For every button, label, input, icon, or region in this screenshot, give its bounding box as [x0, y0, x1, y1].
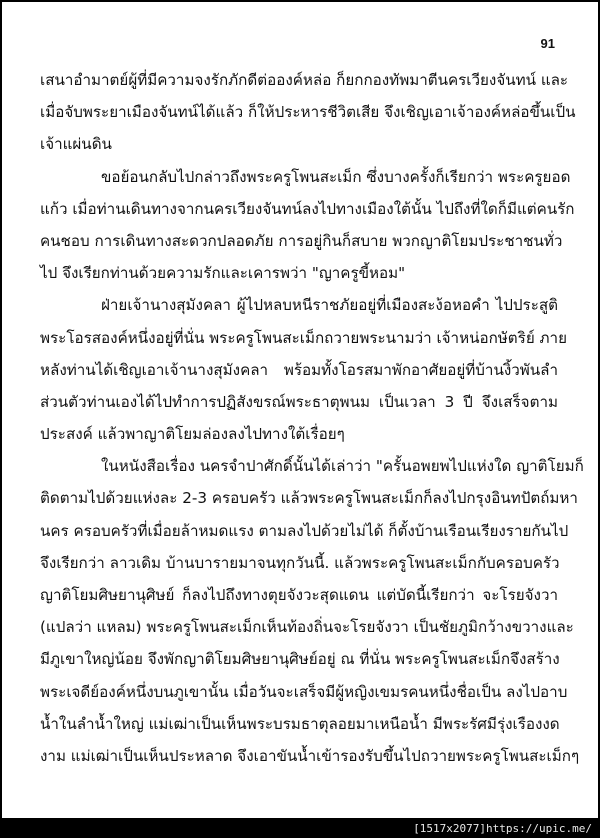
- text-line: คนชอบ การเดินทางสะดวกปลอดภัย การอยู่กินก…: [40, 225, 558, 257]
- text-line: ติดตามไปด้วยแห่งละ 2-3 ครอบครัว แล้วพระค…: [40, 482, 558, 514]
- page-number: 91: [541, 36, 555, 51]
- image-watermark: [1517x2077]https://upic.me/: [413, 822, 592, 835]
- text-line: มีภูเขาใหญ่น้อย จึงพักญาติโยมศิษยานุศิษย…: [40, 643, 558, 675]
- text-line: พระเจดีย์องค์หนึ่งบนภูเขานั้น เมื่อวันจะ…: [40, 676, 558, 708]
- text-line: (แปลว่า แหลม) พระครูโพนสะเม็กเห็นท้องถิ่…: [40, 611, 558, 643]
- text-line: ญาติโยมศิษยานุศิษย์ ก็ลงไปถึงทางตุยจังวะ…: [40, 579, 558, 611]
- text-line: ในหนังสือเรื่อง นครจำปาศักดิ์นั้นได้เล่า…: [40, 450, 558, 482]
- text-line: เมื่อจับพระยาเมืองจันทน์ได้แล้ว ก็ให้ประ…: [40, 96, 558, 128]
- text-line: พระโอรสองค์หนึ่งอยู่ที่นั่น พระครูโพนสะเ…: [40, 322, 558, 354]
- text-line: ขอย้อนกลับไปกล่าวถึงพระครูโพนสะเม็ก ซึ่ง…: [40, 161, 558, 193]
- footer-bar: [1517x2077]https://upic.me/: [0, 818, 600, 838]
- text-line: จึงเรียกว่า ลาวเดิม บ้านบารายมาจนทุกวันน…: [40, 547, 558, 579]
- text-line: ไป จึงเรียกท่านด้วยความรักและเคารพว่า "ญ…: [40, 257, 558, 289]
- text-line: หลังท่านได้เชิญเอาเจ้านางสุมังคลา พร้อมท…: [40, 354, 558, 386]
- text-line: ประสงค์ แล้วพาญาติโยมล่องลงไปทางใต้เรื่อ…: [40, 418, 558, 450]
- text-line: น้ำในลำน้ำใหญ่ แม่เฒ่าเป็นเห็นพระบรมธาตุ…: [40, 708, 558, 740]
- body-text: เสนาอำมาตย์ผู้ที่มีความจงรักภักดีต่อองค์…: [40, 64, 558, 772]
- text-line: เจ้าแผ่นดิน: [40, 128, 558, 160]
- text-line: ฝ่ายเจ้านางสุมังคลา ผู้ไปหลบหนีราชภัยอยู…: [40, 289, 558, 321]
- text-line: แก้ว เมื่อท่านเดินทางจากนครเวียงจันทน์ลง…: [40, 193, 558, 225]
- document-page: 91 เสนาอำมาตย์ผู้ที่มีความจงรักภักดีต่ออ…: [2, 2, 598, 818]
- text-line: ส่วนตัวท่านเองได้ไปทำการปฏิสังขรณ์พระธาต…: [40, 386, 558, 418]
- text-line: เสนาอำมาตย์ผู้ที่มีความจงรักภักดีต่อองค์…: [40, 64, 558, 96]
- text-line: นคร ครอบครัวที่เมื่อยล้าหมดแรง ตามลงไปด้…: [40, 515, 558, 547]
- text-line: งาม แม่เฒ่าเป็นเห็นประหลาด จึงเอาขันน้ำเ…: [40, 740, 558, 772]
